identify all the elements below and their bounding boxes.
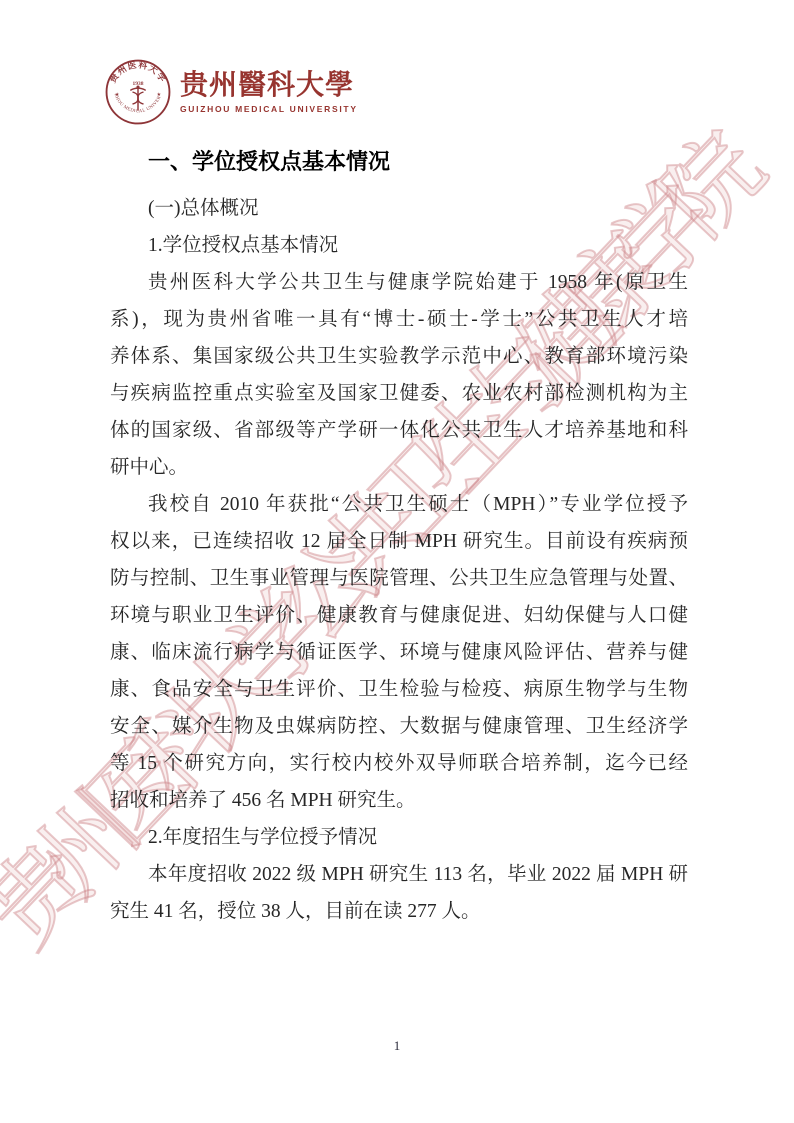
paragraph-line: 我校自 2010 年获批“公共卫生硕士（MPH）”专业学位授予 (110, 486, 688, 523)
paragraph-line: 等 15 个研究方向，实行校内校外双导师联合培养制，迄今已经 (110, 745, 688, 782)
university-name-english: GUIZHOU MEDICAL UNIVERSITY (180, 104, 358, 114)
paragraph-line: 权以来，已连续招收 12 届全日制 MPH 研究生。目前设有疾病预 (110, 523, 688, 560)
page-number: 1 (0, 1038, 794, 1054)
paragraph-line: 康、临床流行病学与循证医学、环境与健康风险评估、营养与健 (110, 634, 688, 671)
paragraph-line: 贵州医科大学公共卫生与健康学院始建于 1958 年(原卫生 (110, 264, 688, 301)
paragraph-line: 安全、媒介生物及虫媒病防控、大数据与健康管理、卫生经济学 (110, 708, 688, 745)
caduceus-icon (130, 86, 145, 111)
subheading: 2.年度招生与学位授予情况 (110, 819, 688, 856)
document-page: 贵州医科大学公共卫生与健康学院 贵州医科大学 1938 ★ ★ GUI (0, 0, 794, 1123)
section-heading: 一、学位授权点基本情况 (110, 147, 688, 177)
paragraph-line: 本年度招收 2022 级 MPH 研究生 113 名，毕业 2022 届 MPH… (110, 856, 688, 893)
paragraph-line: 养体系、集国家级公共卫生实验教学示范中心、教育部环境污染 (110, 338, 688, 375)
university-name-calligraphy: 贵州醫科大學 (180, 70, 358, 102)
document-body: (一)总体概况1.学位授权点基本情况贵州医科大学公共卫生与健康学院始建于 195… (110, 190, 688, 930)
paragraph-line: 研中心。 (110, 449, 688, 486)
paragraph-line: 环境与职业卫生评价、健康教育与健康促进、妇幼保健与人口健 (110, 597, 688, 634)
university-logo: 贵州医科大学 1938 ★ ★ GUIZHOU MEDICAL UNIVERSI… (105, 56, 358, 128)
paragraph-line: 康、食品安全与卫生评价、卫生检验与检疫、病原生物学与生物 (110, 671, 688, 708)
subheading: 1.学位授权点基本情况 (110, 227, 688, 264)
paragraph-line: 防与控制、卫生事业管理与医院管理、公共卫生应急管理与处置、 (110, 560, 688, 597)
university-name-block: 贵州醫科大學 GUIZHOU MEDICAL UNIVERSITY (180, 70, 358, 114)
paragraph-line: 与疾病监控重点实验室及国家卫健委、农业农村部检测机构为主 (110, 375, 688, 412)
paragraph-line: 系)，现为贵州省唯一具有“博士-硕士-学士”公共卫生人才培 (110, 301, 688, 338)
paragraph-line: 招收和培养了 456 名 MPH 研究生。 (110, 782, 688, 819)
document-content: 一、学位授权点基本情况 (一)总体概况1.学位授权点基本情况贵州医科大学公共卫生… (110, 147, 688, 930)
university-seal-icon: 贵州医科大学 1938 ★ ★ GUIZHOU MEDICAL UNIVERSI… (105, 56, 171, 128)
paragraph-line: 究生 41 名，授位 38 人，目前在读 277 人。 (110, 893, 688, 930)
subheading: (一)总体概况 (110, 190, 688, 227)
paragraph-line: 体的国家级、省部级等产学研一体化公共卫生人才培养基地和科 (110, 412, 688, 449)
